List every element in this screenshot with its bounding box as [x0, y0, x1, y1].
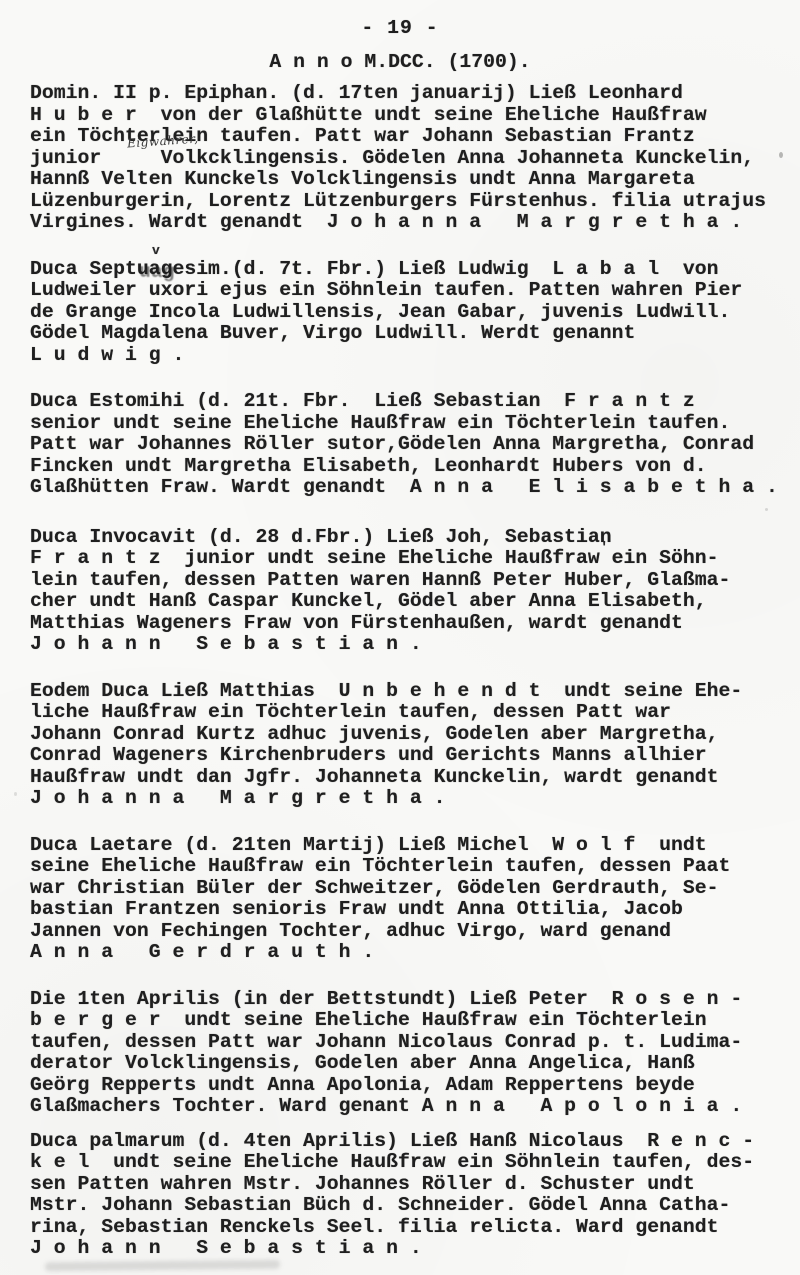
- entry-line: Johann Conrad Kurtz adhuc juvenis, Godel…: [30, 724, 800, 746]
- baptism-entry: Domin. II p. Epiphan. (d. 17ten januarij…: [30, 83, 800, 234]
- entry-line: lein taufen, dessen Patten waren Hannß P…: [30, 570, 800, 592]
- baptism-entry: Duca Invocavit (d. 28 d.Fbr.) Ließ Joh, …: [30, 527, 800, 656]
- entry-line: Glaßhütten Fraw. Wardt genandt A n n a E…: [30, 477, 800, 499]
- scanned-register-page: - 19 - A n n o M.DCC. (1700). Domin. II …: [0, 0, 800, 1275]
- baptism-entries: Domin. II p. Epiphan. (d. 17ten januarij…: [0, 73, 800, 1260]
- entry-line: J o h a n n S e b a s t i a n .: [30, 634, 800, 656]
- entry-line: Duca Estomihi (d. 21t. Fbr. Ließ Sebasti…: [30, 391, 800, 413]
- entry-line: Matthias Wageners Fraw von Fürstenhaußen…: [30, 613, 800, 635]
- entry-line: Domin. II p. Epiphan. (d. 17ten januarij…: [30, 83, 800, 105]
- entry-line: Duca Laetare (d. 21ten Martij) Ließ Mich…: [30, 835, 800, 857]
- entry-line: senior undt seine Eheliche Haußfraw ein …: [30, 413, 800, 435]
- entry-line: Ludweiler uxori ejus ein Söhnlein taufen…: [30, 280, 800, 302]
- overtype-smudge: uag: [139, 261, 175, 284]
- entry-line: Mstr. Johann Sebastian Büch d. Schneider…: [30, 1195, 800, 1217]
- entry-line: Duca Invocavit (d. 28 d.Fbr.) Ließ Joh, …: [30, 527, 800, 549]
- scan-speck: [14, 792, 17, 796]
- page-number: - 19 -: [0, 16, 800, 40]
- entry-line: Patt war Johannes Röller sutor,Gödelen A…: [30, 434, 800, 456]
- entry-line: Jannen von Fechingen Tochter, adhuc Virg…: [30, 921, 800, 943]
- entry-line: liche Haußfraw ein Töchterlein taufen, d…: [30, 702, 800, 724]
- insertion-apostrophe-mark: ': [600, 540, 608, 556]
- scan-speck: [779, 152, 783, 158]
- entry-line: sen Patten wahren Mstr. Johannes Röller …: [30, 1174, 800, 1196]
- entry-line: Fincken undt Margretha Elisabeth, Leonha…: [30, 456, 800, 478]
- page-header: - 19 - A n n o M.DCC. (1700).: [0, 0, 800, 73]
- entry-line: Lüzenburgerin, Lorentz Lützenburgers Für…: [30, 191, 800, 213]
- entry-line: Geörg Repperts undt Anna Apolonia, Adam …: [30, 1075, 800, 1097]
- entry-line: Hannß Velten Kunckels Volcklingensis und…: [30, 169, 800, 191]
- entry-line: k e l undt seine Eheliche Haußfraw ein S…: [30, 1152, 800, 1174]
- entry-line: junior Volkcklingensis. Gödelen Anna Joh…: [30, 148, 800, 170]
- entry-line: H u b e r von der Glaßhütte undt seine E…: [30, 105, 800, 127]
- baptism-entry: Duca palmarum (d. 4ten Aprilis) Ließ Han…: [30, 1131, 800, 1260]
- baptism-entry: Duca Laetare (d. 21ten Martij) Ließ Mich…: [30, 835, 800, 964]
- entry-line: Virgines. Wardt genandt J o h a n n a M …: [30, 212, 800, 234]
- entry-line: L u d w i g .: [30, 345, 800, 367]
- correction-caret-mark: v: [152, 243, 160, 258]
- entry-line: Die 1ten Aprilis (in der Bettstundt) Lie…: [30, 989, 800, 1011]
- entry-line: derator Volcklingensis, Godelen aber Ann…: [30, 1053, 800, 1075]
- scan-smudge: [45, 1260, 280, 1271]
- entry-line: Gödel Magdalena Buver, Virgo Ludwill. We…: [30, 323, 800, 345]
- entry-line: bastian Frantzen senioris Fraw undt Anna…: [30, 899, 800, 921]
- entry-line: seine Eheliche Haußfraw ein Töchterlein …: [30, 856, 800, 878]
- entry-line: Conrad Wageners Kirchenbruders und Geric…: [30, 745, 800, 767]
- entry-line: Haußfraw undt dan Jgfr. Johanneta Kuncke…: [30, 767, 800, 789]
- entry-line: war Christian Büler der Schweitzer, Göde…: [30, 878, 800, 900]
- entry-line: F r a n t z junior undt seine Eheliche H…: [30, 548, 800, 570]
- entry-line: Eodem Duca Ließ Matthias U n b e h e n d…: [30, 681, 800, 703]
- entry-line: cher undt Hanß Caspar Kunckel, Gödel abe…: [30, 591, 800, 613]
- baptism-entry: Die 1ten Aprilis (in der Bettstundt) Lie…: [30, 989, 800, 1118]
- baptism-entry: Eodem Duca Ließ Matthias U n b e h e n d…: [30, 681, 800, 810]
- scan-speck: [765, 508, 768, 511]
- entry-line: de Grange Incola Ludwillensis, Jean Gaba…: [30, 302, 800, 324]
- entry-line: J o h a n n S e b a s t i a n .: [30, 1238, 800, 1260]
- entry-line: Duca palmarum (d. 4ten Aprilis) Ließ Han…: [30, 1131, 800, 1153]
- entry-line: J o h a n n a M a r g r e t h a .: [30, 788, 800, 810]
- entry-line: taufen, dessen Patt war Johann Nicolaus …: [30, 1032, 800, 1054]
- entry-line: b e r g e r undt seine Eheliche Haußfraw…: [30, 1010, 800, 1032]
- entry-line: Glaßmachers Tochter. Ward genant A n n a…: [30, 1096, 800, 1118]
- entry-line: rina, Sebastian Renckels Seel. filia rel…: [30, 1217, 800, 1239]
- entry-line: A n n a G e r d r a u t h .: [30, 942, 800, 964]
- baptism-entry: Duca Estomihi (d. 21t. Fbr. Ließ Sebasti…: [30, 391, 800, 499]
- page-title: A n n o M.DCC. (1700).: [0, 51, 800, 73]
